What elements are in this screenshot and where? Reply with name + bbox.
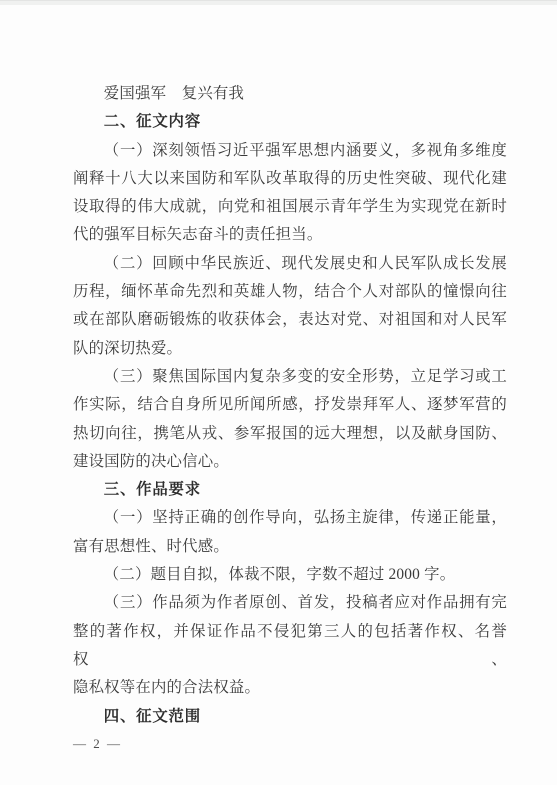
section-heading-requirements: 三、作品要求 — [73, 476, 507, 504]
body-line: （三）作品须为作者原创、首发，投稿者应对作品拥有完 — [73, 589, 507, 617]
section-heading-content: 二、征文内容 — [73, 108, 507, 136]
body-line: （一）深刻领悟习近平强军思想内涵要义，多视角多维度 — [73, 137, 507, 165]
body-line: 作实际，结合自身所见所闻所感，抒发崇拜军人、逐梦军营的 — [73, 391, 507, 419]
scan-top-edge — [0, 0, 557, 5]
body-line: 隐私权等在内的合法权益。 — [73, 674, 507, 702]
slogan-line: 爱国强军 复兴有我 — [73, 80, 507, 108]
body-line: 富有思想性、时代感。 — [73, 533, 507, 561]
body-line: （三）聚焦国际国内复杂多变的安全形势，立足学习或工 — [73, 363, 507, 391]
page-number: — 2 — — [73, 735, 507, 753]
body-line: 队的深切热爱。 — [73, 335, 507, 363]
scanned-document-page: 爱国强军 复兴有我 二、征文内容 （一）深刻领悟习近平强军思想内涵要义，多视角多… — [0, 0, 557, 785]
body-line: 代的强军目标矢志奋斗的责任担当。 — [73, 221, 507, 249]
section-heading-scope: 四、征文范围 — [73, 703, 507, 731]
body-line: （二）题目自拟，体裁不限，字数不超过 2000 字。 — [73, 561, 507, 589]
body-line: （二）回顾中华民族近、现代发展史和人民军队成长发展 — [73, 250, 507, 278]
body-line: 热切向往，携笔从戎、参军报国的远大理想，以及献身国防、 — [73, 420, 507, 448]
body-line: 设取得的伟大成就，向党和祖国展示青年学生为实现党在新时 — [73, 193, 507, 221]
body-line: 或在部队磨砺锻炼的收获体会，表达对党、对祖国和对人民军 — [73, 306, 507, 334]
body-line: 历程，缅怀革命先烈和英雄人物，结合个人对部队的憧憬向往 — [73, 278, 507, 306]
body-line: （一）坚持正确的创作导向，弘扬主旋律，传递正能量， — [73, 504, 507, 532]
document-body: 爱国强军 复兴有我 二、征文内容 （一）深刻领悟习近平强军思想内涵要义，多视角多… — [73, 80, 507, 753]
body-line: 建设国防的决心信心。 — [73, 448, 507, 476]
body-line: 阐释十八大以来国防和军队改革取得的历史性突破、现代化建 — [73, 165, 507, 193]
body-line: 整的著作权，并保证作品不侵犯第三人的包括著作权、名誉权、 — [73, 618, 507, 675]
